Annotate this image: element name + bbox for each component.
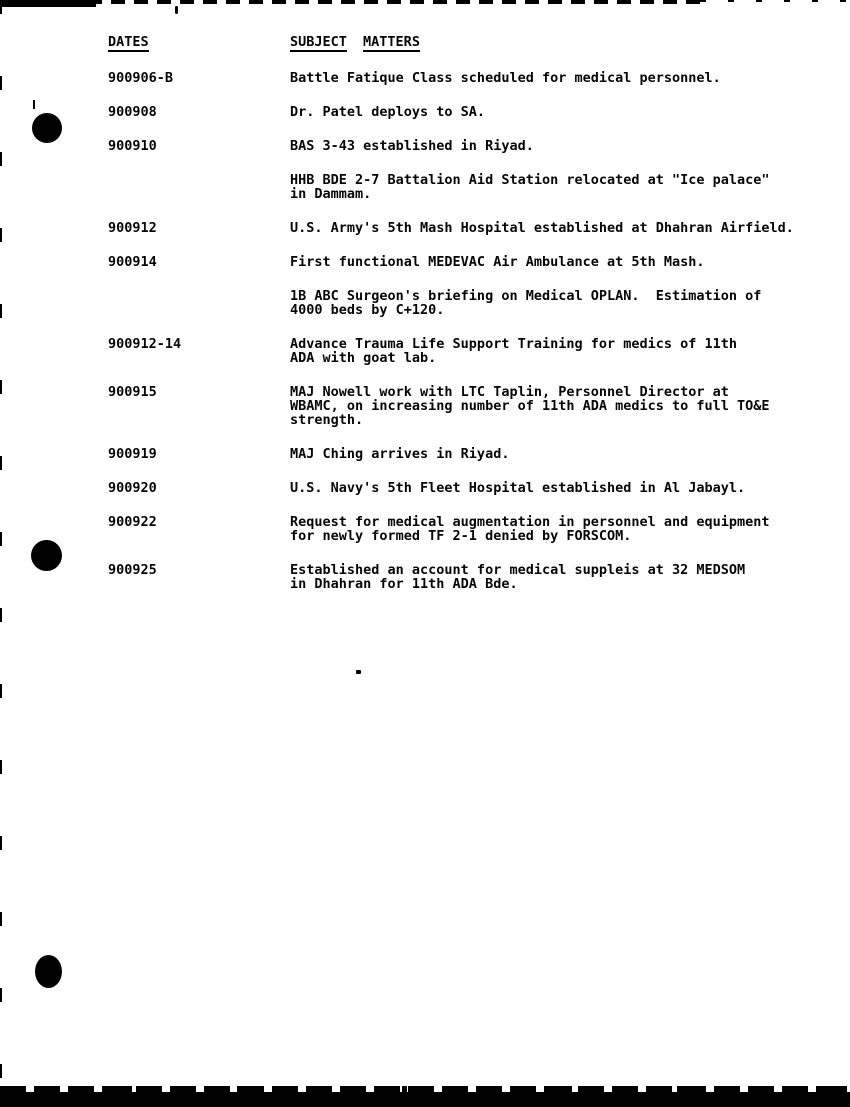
punch-hole-mark-top [32,113,62,143]
table-row: 1B ABC Surgeon's briefing on Medical OPL… [108,289,840,317]
subject-line: in Dhahran for 11th ADA Bde. [290,577,840,591]
subject-line: for newly formed TF 2-1 denied by FORSCO… [290,529,840,543]
subject-line: MAJ Ching arrives in Riyad. [290,447,840,461]
row-subject: 1B ABC Surgeon's briefing on Medical OPL… [290,289,840,317]
table-rows: 900906-B Battle Fatique Class scheduled … [108,71,840,591]
row-date: 900915 [108,385,290,399]
table-row: 900914 First functional MEDEVAC Air Ambu… [108,255,840,269]
subject-header-word: SUBJECT [290,35,347,52]
subject-line: MAJ Nowell work with LTC Taplin, Personn… [290,385,840,399]
stray-period-mark [356,670,361,674]
subject-line: HHB BDE 2-7 Battalion Aid Station reloca… [290,173,840,187]
row-date: 900922 [108,515,290,529]
punch-hole-mark-bottom [35,955,62,988]
table-row: 900915 MAJ Nowell work with LTC Taplin, … [108,385,840,427]
row-date: 900912-14 [108,337,290,351]
scan-artifact-bottom-band [0,1092,850,1107]
row-date: 900912 [108,221,290,235]
subject-line: First functional MEDEVAC Air Ambulance a… [290,255,840,269]
table-row: 900919 MAJ Ching arrives in Riyad. [108,447,840,461]
scan-artifact-top-specks [700,0,850,2]
row-date: 900920 [108,481,290,495]
scan-artifact-top-tick [175,6,178,14]
table-row: 900925 Established an account for medica… [108,563,840,591]
row-date: 900908 [108,105,290,119]
matters-header-word: MATTERS [363,35,420,52]
row-subject: Established an account for medical suppl… [290,563,840,591]
scan-artifact-top-band [0,0,96,7]
margin-tick-mark [33,100,35,109]
subject-line: Battle Fatique Class scheduled for medic… [290,71,840,85]
subject-line: Established an account for medical suppl… [290,563,840,577]
scan-artifact-top-dashes [88,0,700,4]
subject-line: BAS 3-43 established in Riyad. [290,139,840,153]
row-subject: Dr. Patel deploys to SA. [290,105,840,119]
row-subject: Battle Fatique Class scheduled for medic… [290,71,840,85]
punch-hole-mark-middle [31,540,62,571]
subject-line: Advance Trauma Life Support Training for… [290,337,840,351]
table-row: 900912-14 Advance Trauma Life Support Tr… [108,337,840,365]
table-row: 900906-B Battle Fatique Class scheduled … [108,71,840,85]
subject-line: in Dammam. [290,187,840,201]
table-header-row: DATES SUBJECT MATTERS [108,35,840,52]
row-subject: Request for medical augmentation in pers… [290,515,840,543]
table-row: 900920 U.S. Navy's 5th Fleet Hospital es… [108,481,840,495]
row-date: 900910 [108,139,290,153]
row-subject: Advance Trauma Life Support Training for… [290,337,840,365]
subject-line: U.S. Army's 5th Mash Hospital establishe… [290,221,840,235]
row-subject: BAS 3-43 established in Riyad. [290,139,840,153]
document-content: DATES SUBJECT MATTERS 900906-B Battle Fa… [108,35,840,611]
row-date: 900925 [108,563,290,577]
subject-line: strength. [290,413,840,427]
table-row: 900908 Dr. Patel deploys to SA. [108,105,840,119]
table-row: HHB BDE 2-7 Battalion Aid Station reloca… [108,173,840,201]
row-date: 900919 [108,447,290,461]
table-row: 900910 BAS 3-43 established in Riyad. [108,139,840,153]
subject-line: Request for medical augmentation in pers… [290,515,840,529]
row-date: 900906-B [108,71,290,85]
row-subject: HHB BDE 2-7 Battalion Aid Station reloca… [290,173,840,201]
scan-artifact-left-edge-line [0,0,2,1107]
row-subject: U.S. Navy's 5th Fleet Hospital establish… [290,481,840,495]
row-subject: First functional MEDEVAC Air Ambulance a… [290,255,840,269]
table-row: 900922 Request for medical augmentation … [108,515,840,543]
subject-matters-column-header: SUBJECT MATTERS [290,35,420,52]
row-date: 900914 [108,255,290,269]
subject-line: Dr. Patel deploys to SA. [290,105,840,119]
subject-line: WBAMC, on increasing number of 11th ADA … [290,399,840,413]
dates-header-label: DATES [108,35,149,52]
row-subject: U.S. Army's 5th Mash Hospital establishe… [290,221,840,235]
table-row: 900912 U.S. Army's 5th Mash Hospital est… [108,221,840,235]
subject-line: U.S. Navy's 5th Fleet Hospital establish… [290,481,840,495]
row-subject: MAJ Ching arrives in Riyad. [290,447,840,461]
subject-line: 1B ABC Surgeon's briefing on Medical OPL… [290,289,840,303]
dates-column-header: DATES [108,35,290,52]
subject-line: 4000 beds by C+120. [290,303,840,317]
row-subject: MAJ Nowell work with LTC Taplin, Personn… [290,385,840,427]
scanned-document-page: DATES SUBJECT MATTERS 900906-B Battle Fa… [0,0,850,1107]
subject-line: ADA with goat lab. [290,351,840,365]
